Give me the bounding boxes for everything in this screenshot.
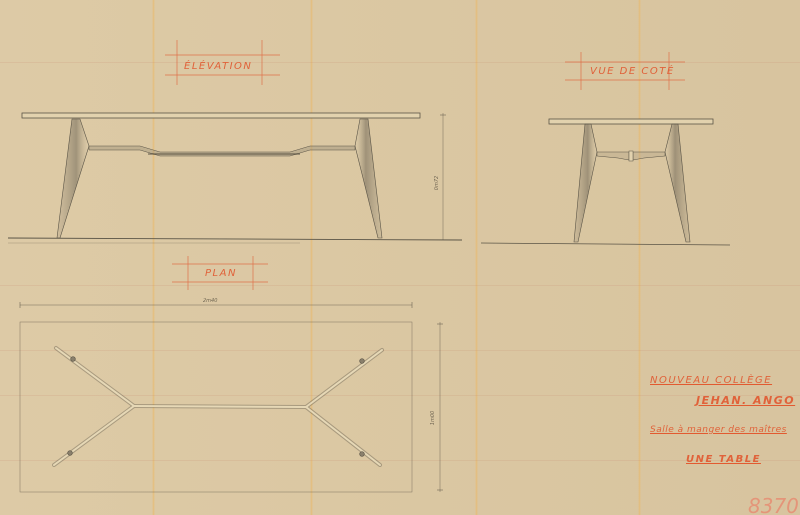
plan-title: Plan [205, 268, 237, 279]
side-view [481, 119, 730, 245]
side-view-title: Vue de coté [590, 66, 675, 77]
plan-length-dimension: 2m40 [203, 298, 217, 304]
sheet-number: 8370 [748, 494, 799, 515]
blueprint-sheet: Élévation Vue de coté Plan 0m72 2m40 1m0… [0, 0, 800, 515]
plan-width-dimension: 1m00 [430, 411, 436, 425]
elevation-title: Élévation [184, 61, 252, 72]
title-school-name: Jehan. Ango [696, 394, 795, 407]
elevation-height-dimension: 0m72 [434, 176, 440, 190]
title-school: Nouveau Collège [650, 375, 772, 386]
technical-drawing [0, 0, 800, 515]
elevation-view [8, 113, 462, 243]
plan-view [20, 302, 443, 492]
title-object: Une Table [686, 454, 761, 465]
title-room: Salle à manger des maîtres [650, 425, 787, 435]
